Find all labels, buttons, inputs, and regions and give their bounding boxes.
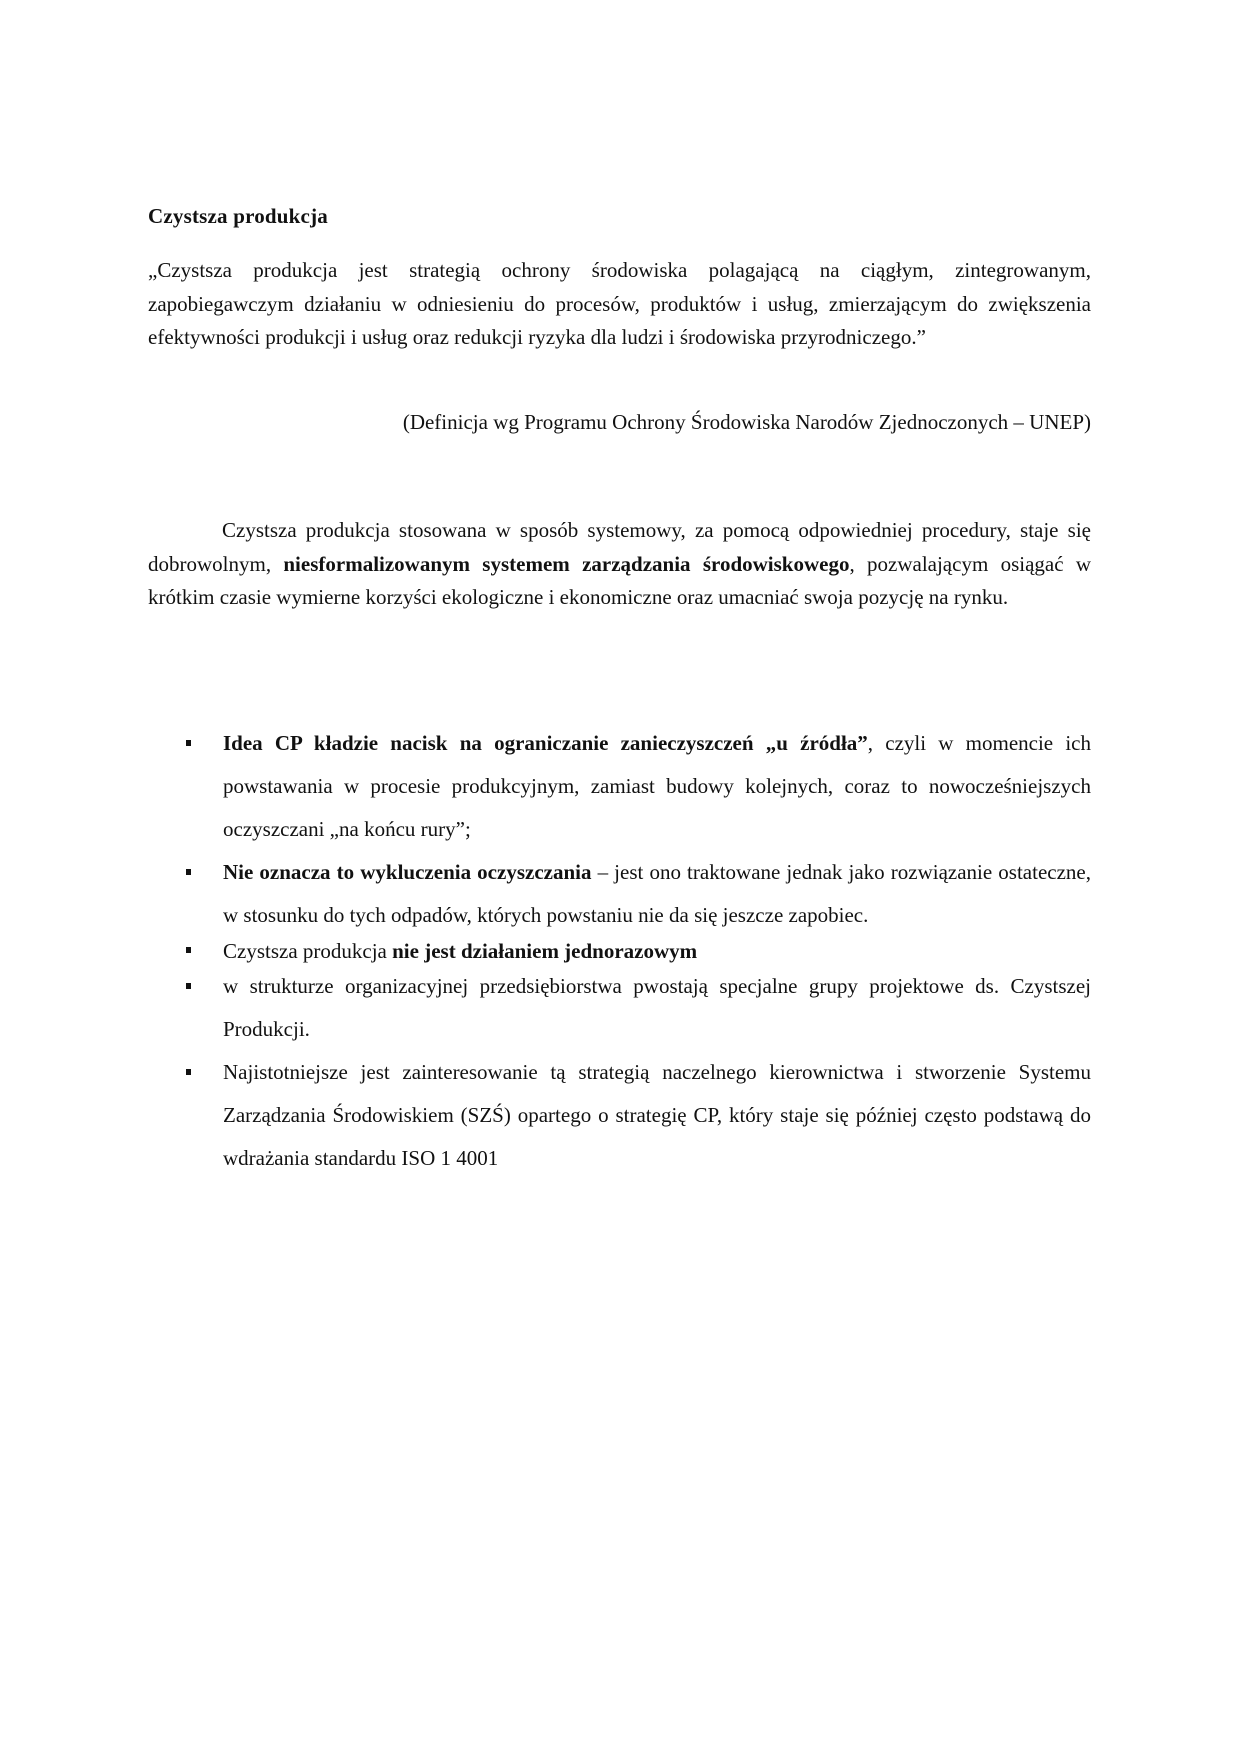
list-item: Najistotniejsze jest zainteresowanie tą … bbox=[148, 1051, 1091, 1180]
bullet-bold-text: Nie oznacza to wykluczenia oczyszczania bbox=[223, 860, 591, 884]
list-item: Czystsza produkcja nie jest działaniem j… bbox=[148, 937, 1091, 965]
bullet-list: Idea CP kładzie nacisk na ograniczanie z… bbox=[148, 722, 1091, 1180]
list-item: Idea CP kładzie nacisk na ograniczanie z… bbox=[148, 722, 1091, 851]
list-item: w strukturze organizacyjnej przedsiębior… bbox=[148, 965, 1091, 1051]
definition-quote: „Czystsza produkcja jest strategią ochro… bbox=[148, 254, 1091, 355]
definition-source: (Definicja wg Programu Ochrony Środowisk… bbox=[148, 410, 1091, 435]
document-title: Czystsza produkcja bbox=[148, 204, 328, 229]
bullet-bold-text: nie jest działaniem jednorazowym bbox=[392, 939, 697, 963]
list-item: Nie oznacza to wykluczenia oczyszczania … bbox=[148, 851, 1091, 937]
paragraph-bold-text: niesformalizowanym systemem zarządzania … bbox=[283, 552, 849, 576]
bullet-bold-text: Idea CP kładzie nacisk na ograniczanie z… bbox=[223, 731, 868, 755]
body-paragraph: Czystsza produkcja stosowana w sposób sy… bbox=[148, 514, 1091, 615]
